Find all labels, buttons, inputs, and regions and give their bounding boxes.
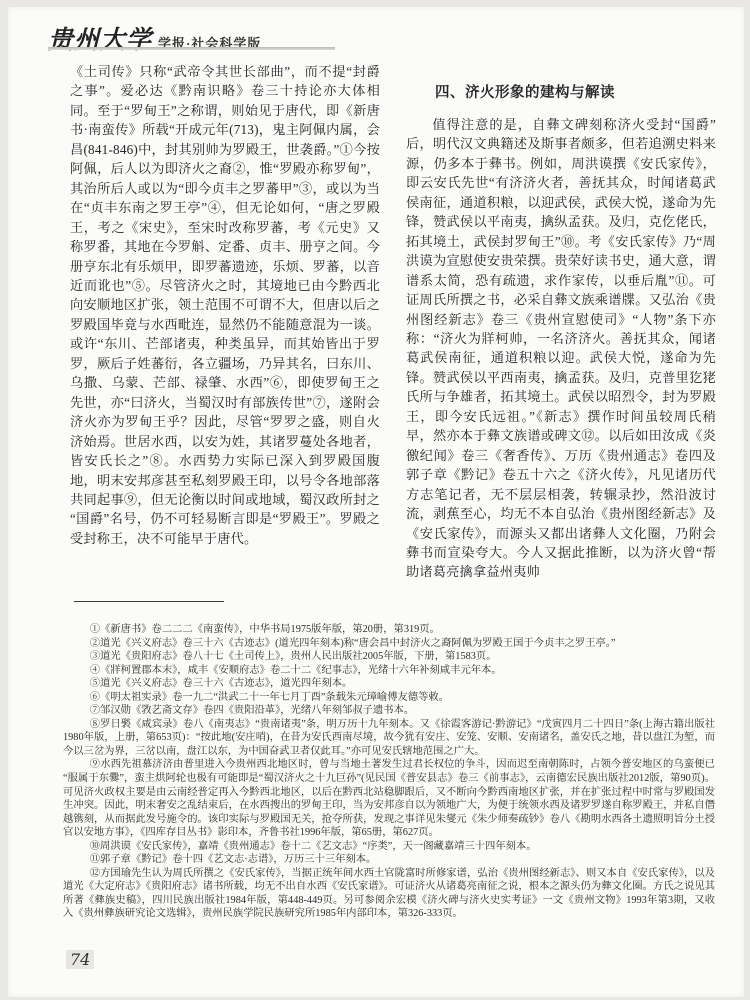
header-rule (48, 47, 335, 50)
footnote-separator-rule (74, 601, 224, 602)
section-heading: 四、济火形象的建构与解读 (406, 81, 716, 102)
page-number: 74 (66, 950, 94, 969)
left-column-paragraph: 《土司传》只称“武帝令其世长部曲”，而不提“封爵之事”。爱必达《黔南识略》卷三十… (70, 62, 380, 548)
right-column: 四、济火形象的建构与解读 值得注意的是，自彝文碑刻称济火受封“国爵”后，明代汉文… (406, 62, 716, 582)
left-column: 《土司传》只称“武帝令其世长部曲”，而不提“封爵之事”。爱必达《黔南识略》卷三十… (70, 62, 380, 582)
footnote-9: ⑨水西先祖慕济济由普里进入今贵州西北地区时，曾与当地土著发生过君长权位的争斗，因… (63, 758, 715, 839)
footnote-2: ②道光《兴义府志》卷三十六《古迹志》(道光四年刻本)称“唐会昌中封济火之裔阿佩为… (63, 637, 715, 651)
footnote-12: ⑫方国瑜先生认为周氏所撰之《安氏家传》，当据正统年间水西土官陇富时所修家谱，弘治… (63, 867, 715, 921)
footnote-6: ⑥《明太祖实录》卷一九二“洪武二十一年七月丁酉”条载朱元璋喻傅友德等敕。 (63, 691, 715, 705)
footnote-11: ⑪郭子章《黔记》卷十四《艺文志·志谱》，万历三十三年刻本。 (63, 853, 715, 867)
footnote-3: ③道光《贵阳府志》卷八十七《土司传上》，贵州人民出版社2005年版，下册，第15… (63, 650, 715, 664)
article-body: 《土司传》只称“武帝令其世长部曲”，而不提“封爵之事”。爱必达《黔南识略》卷三十… (70, 62, 716, 582)
footnote-4: ④《牂柯置郡本末》，咸丰《安顺府志》卷二十二《纪事志》，光绪十六年补刻咸丰元年本… (63, 664, 715, 678)
right-column-paragraph: 值得注意的是，自彝文碑刻称济火受封“国爵”后，明代汉文典籍述及斯事者颇多，但若追… (406, 115, 716, 582)
footnote-7: ⑦邹汉勋《敩艺斋文存》卷四《贵阳沿革》，光绪八年刻邹叔子遗书本。 (63, 704, 715, 718)
footnote-8: ⑧罗日褧《咸宾录》卷八《南夷志》“贵南诸夷”条，明万历十九年刻本。又《徐霞客游记… (63, 718, 715, 759)
footnote-5: ⑤道光《兴义府志》卷三十六《古迹志》，道光四年刻本。 (63, 677, 715, 691)
footnote-10: ⑩周洪谟《安氏家传》，嘉靖《贵州通志》卷十二《艺文志》“序类”，天一阁藏嘉靖三十… (63, 840, 715, 854)
page-header: 贵州大学学报·社会科学版 (48, 20, 261, 56)
footnote-1: ①《新唐书》卷二二二《南蛮传》，中华书局1975版年版，第20册，第319页。 (63, 623, 715, 637)
journal-page: 贵州大学学报·社会科学版 《土司传》只称“武帝令其世长部曲”，而不提“封爵之事”… (8, 7, 744, 997)
footnotes-block: ①《新唐书》卷二二二《南蛮传》，中华书局1975版年版，第20册，第319页。 … (63, 623, 715, 921)
